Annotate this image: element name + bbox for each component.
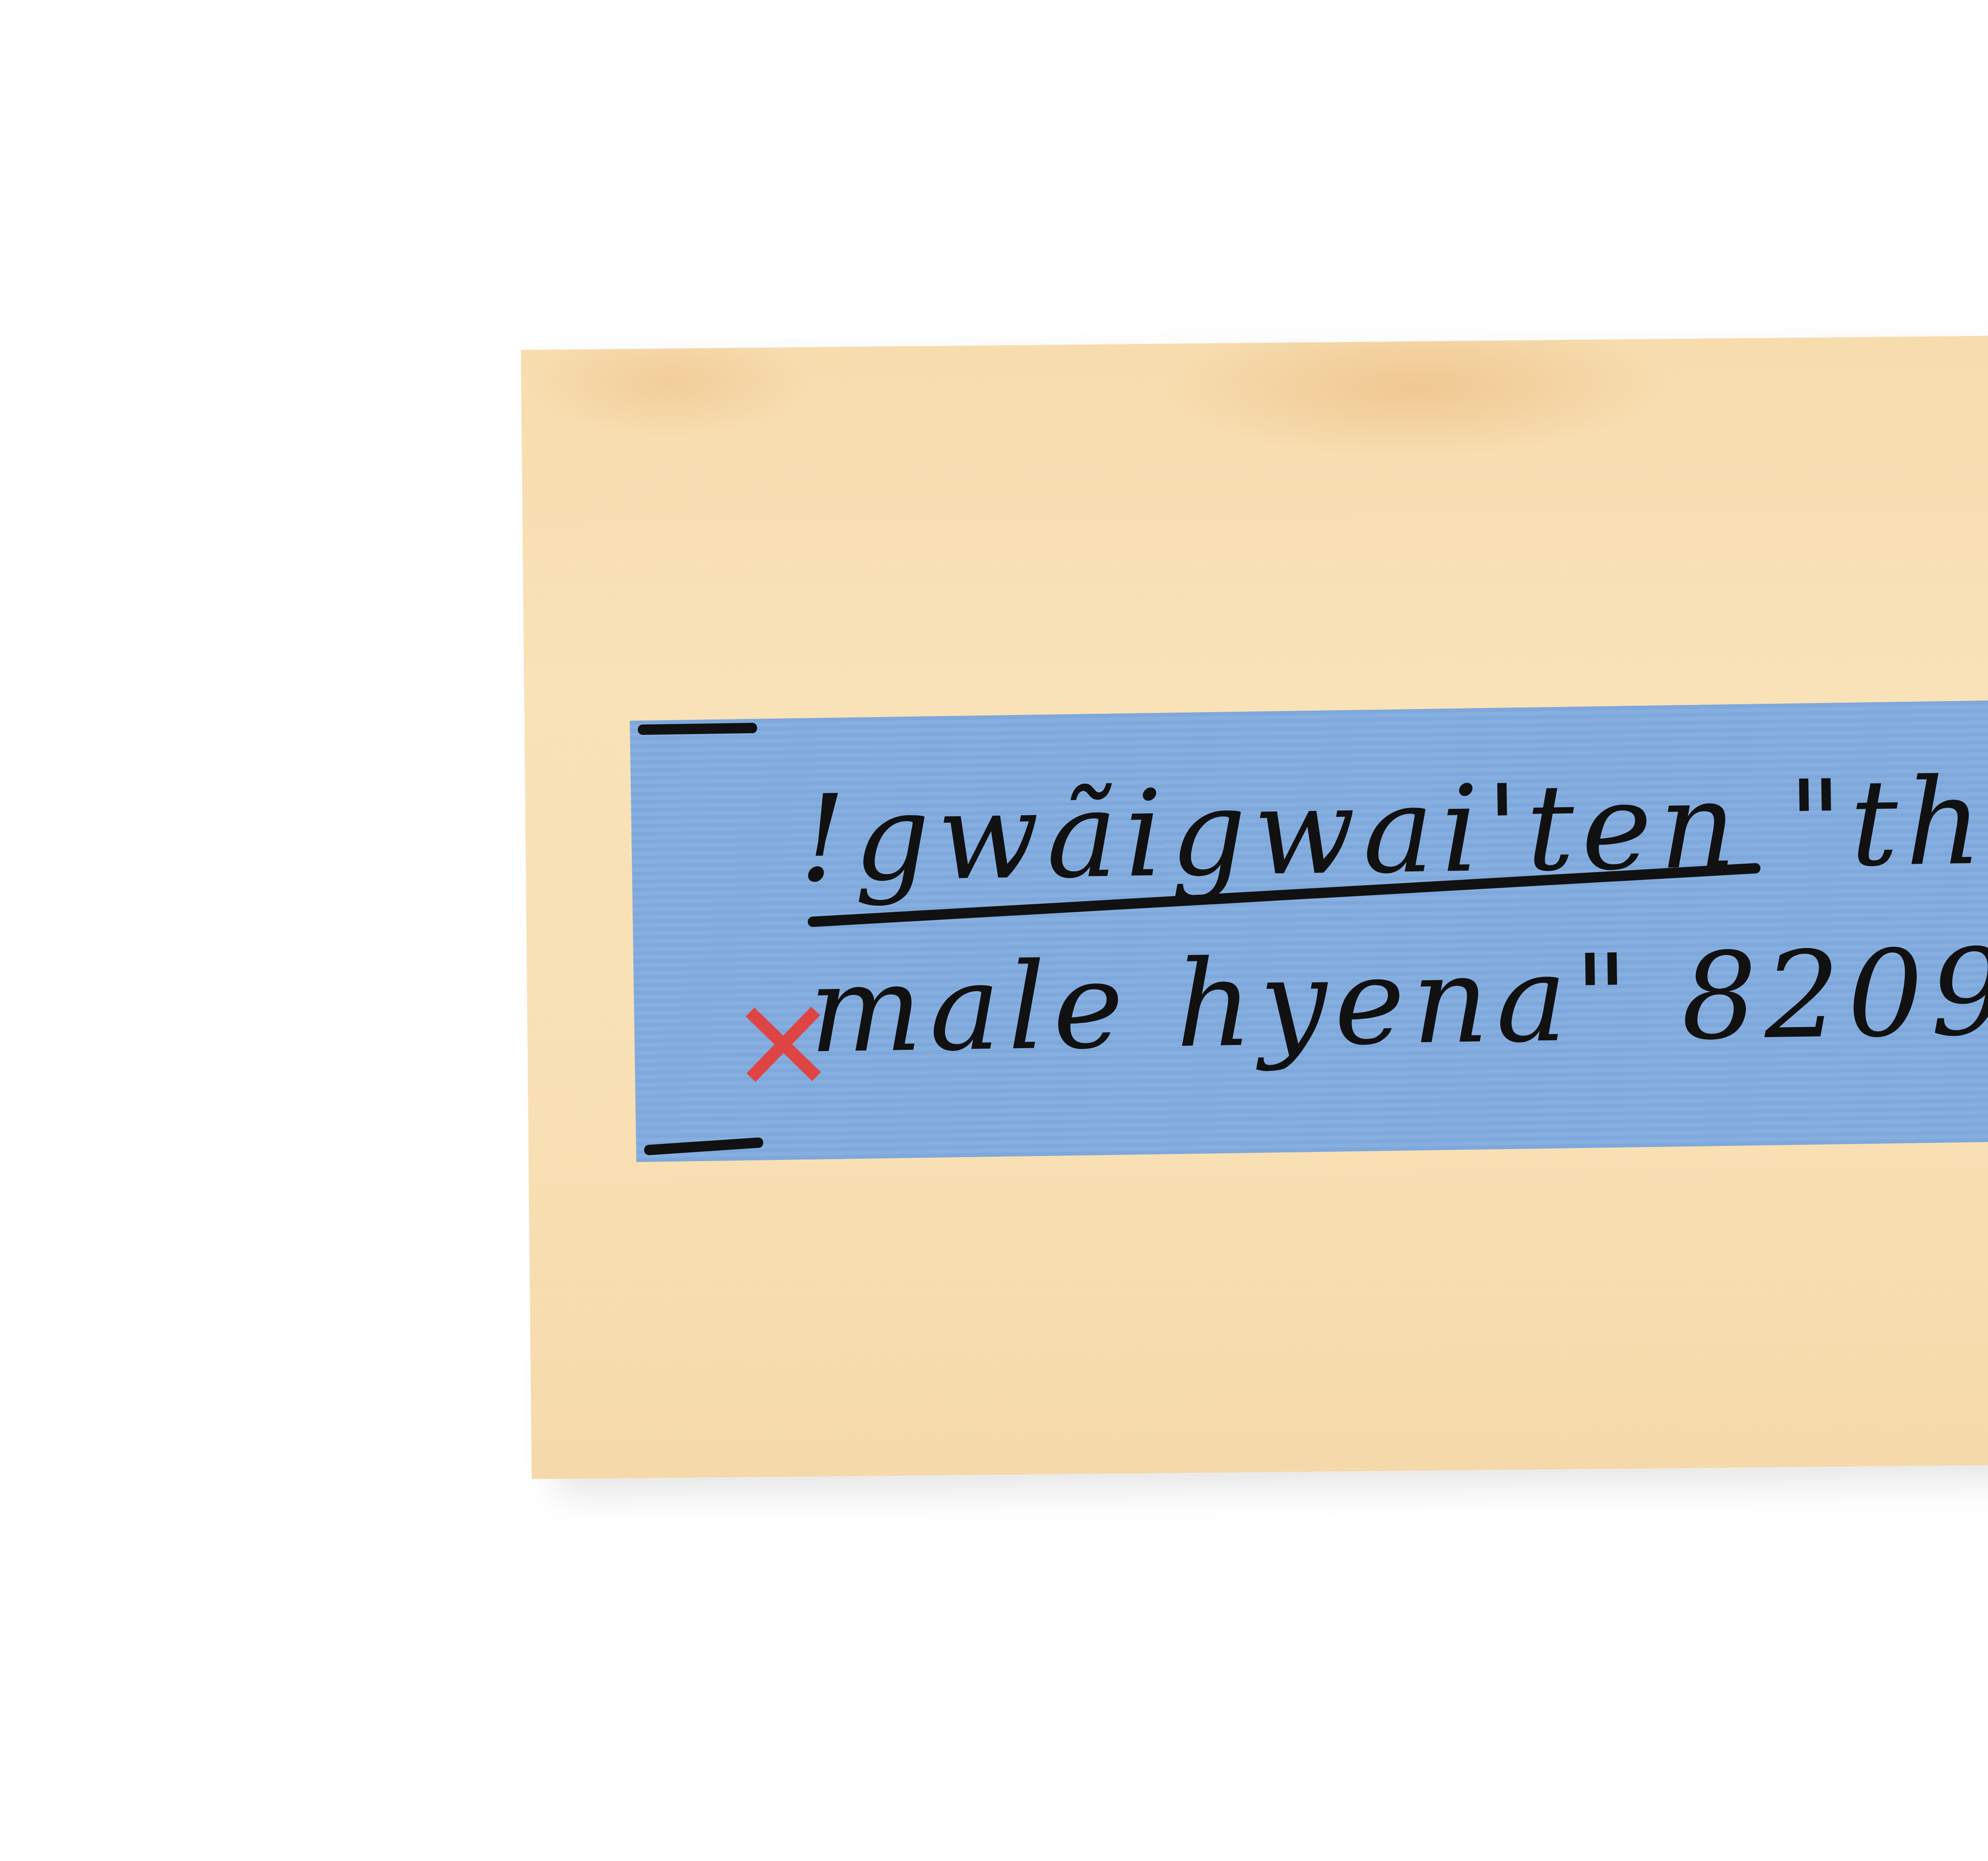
ink-mark-bottom	[644, 1137, 763, 1156]
handwritten-line-2: male hyena" 8209.	[808, 922, 1988, 1080]
index-card: !gwãigwai'ten "the male hyena" 8209. ✕	[521, 332, 1988, 1479]
ink-mark-top	[638, 723, 757, 735]
red-cross-mark-icon: ✕	[729, 972, 838, 1122]
handwritten-slip: !gwãigwai'ten "the male hyena" 8209. ✕	[630, 697, 1988, 1162]
